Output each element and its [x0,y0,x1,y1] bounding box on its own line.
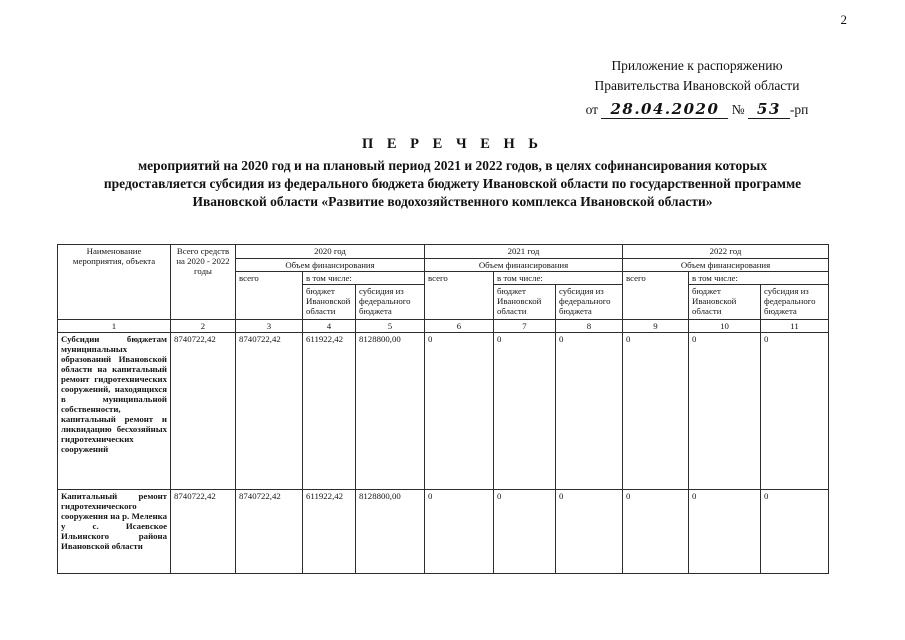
col-number: 9 [623,320,689,333]
handwritten-number: 53 [757,100,781,118]
total-header-2021: всего [425,272,494,320]
federal-subsidy-header-2022: субсидия из федерального бюджета [761,285,829,320]
handwritten-date: 28.04.2020 [610,100,719,118]
col-number: 1 [58,320,171,333]
date-prefix: от [586,102,598,117]
row-value: 0 [425,333,494,490]
col-number: 8 [556,320,623,333]
col-header-name: Наименование мероприятия, объекта [58,245,171,320]
col-number: 5 [356,320,425,333]
including-header-2022: в том числе: [689,272,829,285]
appendix-block: Приложение к распоряжению Правительства … [547,56,847,120]
title-line-2: предоставляется субсидия из федерального… [0,175,905,193]
number-sign: № [732,102,745,117]
total-header-2020: всего [236,272,303,320]
row-value: 0 [623,490,689,574]
total-header-2022: всего [623,272,689,320]
year-header-2022: 2022 год [623,245,829,259]
title-block: П Е Р Е Ч Е Н Ь мероприятий на 2020 год … [0,136,905,210]
volume-header-2021: Объем финансирования [425,259,623,272]
table-row: Субсидии бюджетам муниципальных образова… [58,333,829,490]
appendix-date-line: от 28.04.2020 № 53-рп [547,100,847,120]
row-value: 8740722,42 [171,490,236,574]
col-number: 2 [171,320,236,333]
row-value: 0 [689,333,761,490]
row-value: 0 [425,490,494,574]
row-value: 8128800,00 [356,333,425,490]
row-value: 0 [689,490,761,574]
page-number: 2 [841,12,848,28]
row-value: 8740722,42 [171,333,236,490]
col-number: 10 [689,320,761,333]
row-value: 0 [623,333,689,490]
col-number: 6 [425,320,494,333]
col-number: 3 [236,320,303,333]
year-header-2020: 2020 год [236,245,425,259]
regional-budget-header-2020: бюджет Ивановской области [303,285,356,320]
including-header-2020: в том числе: [303,272,425,285]
row-value: 0 [494,333,556,490]
row-value: 0 [556,490,623,574]
appendix-line-1: Приложение к распоряжению [547,56,847,76]
table-row: Капитальный ремонт гидротехнического соо… [58,490,829,574]
document-page: { "page": { "number": "2" }, "appendix":… [0,0,905,640]
federal-subsidy-header-2020: субсидия из федерального бюджета [356,285,425,320]
regional-budget-header-2022: бюджет Ивановской области [689,285,761,320]
row-name: Капитальный ремонт гидротехнического соо… [58,490,171,574]
number-suffix: -рп [790,102,808,117]
appendix-line-2: Правительства Ивановской области [547,76,847,96]
col-number: 7 [494,320,556,333]
federal-subsidy-header-2021: субсидия из федерального бюджета [556,285,623,320]
including-header-2021: в том числе: [494,272,623,285]
row-value: 611922,42 [303,333,356,490]
row-name: Субсидии бюджетам муниципальных образова… [58,333,171,490]
title-line-1: мероприятий на 2020 год и на плановый пе… [0,157,905,175]
row-value: 8128800,00 [356,490,425,574]
row-value: 8740722,42 [236,490,303,574]
col-number: 4 [303,320,356,333]
year-header-2021: 2021 год [425,245,623,259]
col-header-total-funds: Всего средств на 2020 - 2022 годы [171,245,236,320]
row-value: 611922,42 [303,490,356,574]
finance-table-wrap: Наименование мероприятия, объекта Всего … [57,244,829,574]
col-number: 11 [761,320,829,333]
row-value: 0 [761,333,829,490]
row-value: 0 [494,490,556,574]
document-heading: П Е Р Е Ч Е Н Ь [0,136,905,153]
regional-budget-header-2021: бюджет Ивановской области [494,285,556,320]
finance-table: Наименование мероприятия, объекта Всего … [57,244,829,574]
row-value: 8740722,42 [236,333,303,490]
volume-header-2020: Объем финансирования [236,259,425,272]
row-value: 0 [556,333,623,490]
row-value: 0 [761,490,829,574]
volume-header-2022: Объем финансирования [623,259,829,272]
title-line-3: Ивановской области «Развитие водохозяйст… [0,193,905,211]
